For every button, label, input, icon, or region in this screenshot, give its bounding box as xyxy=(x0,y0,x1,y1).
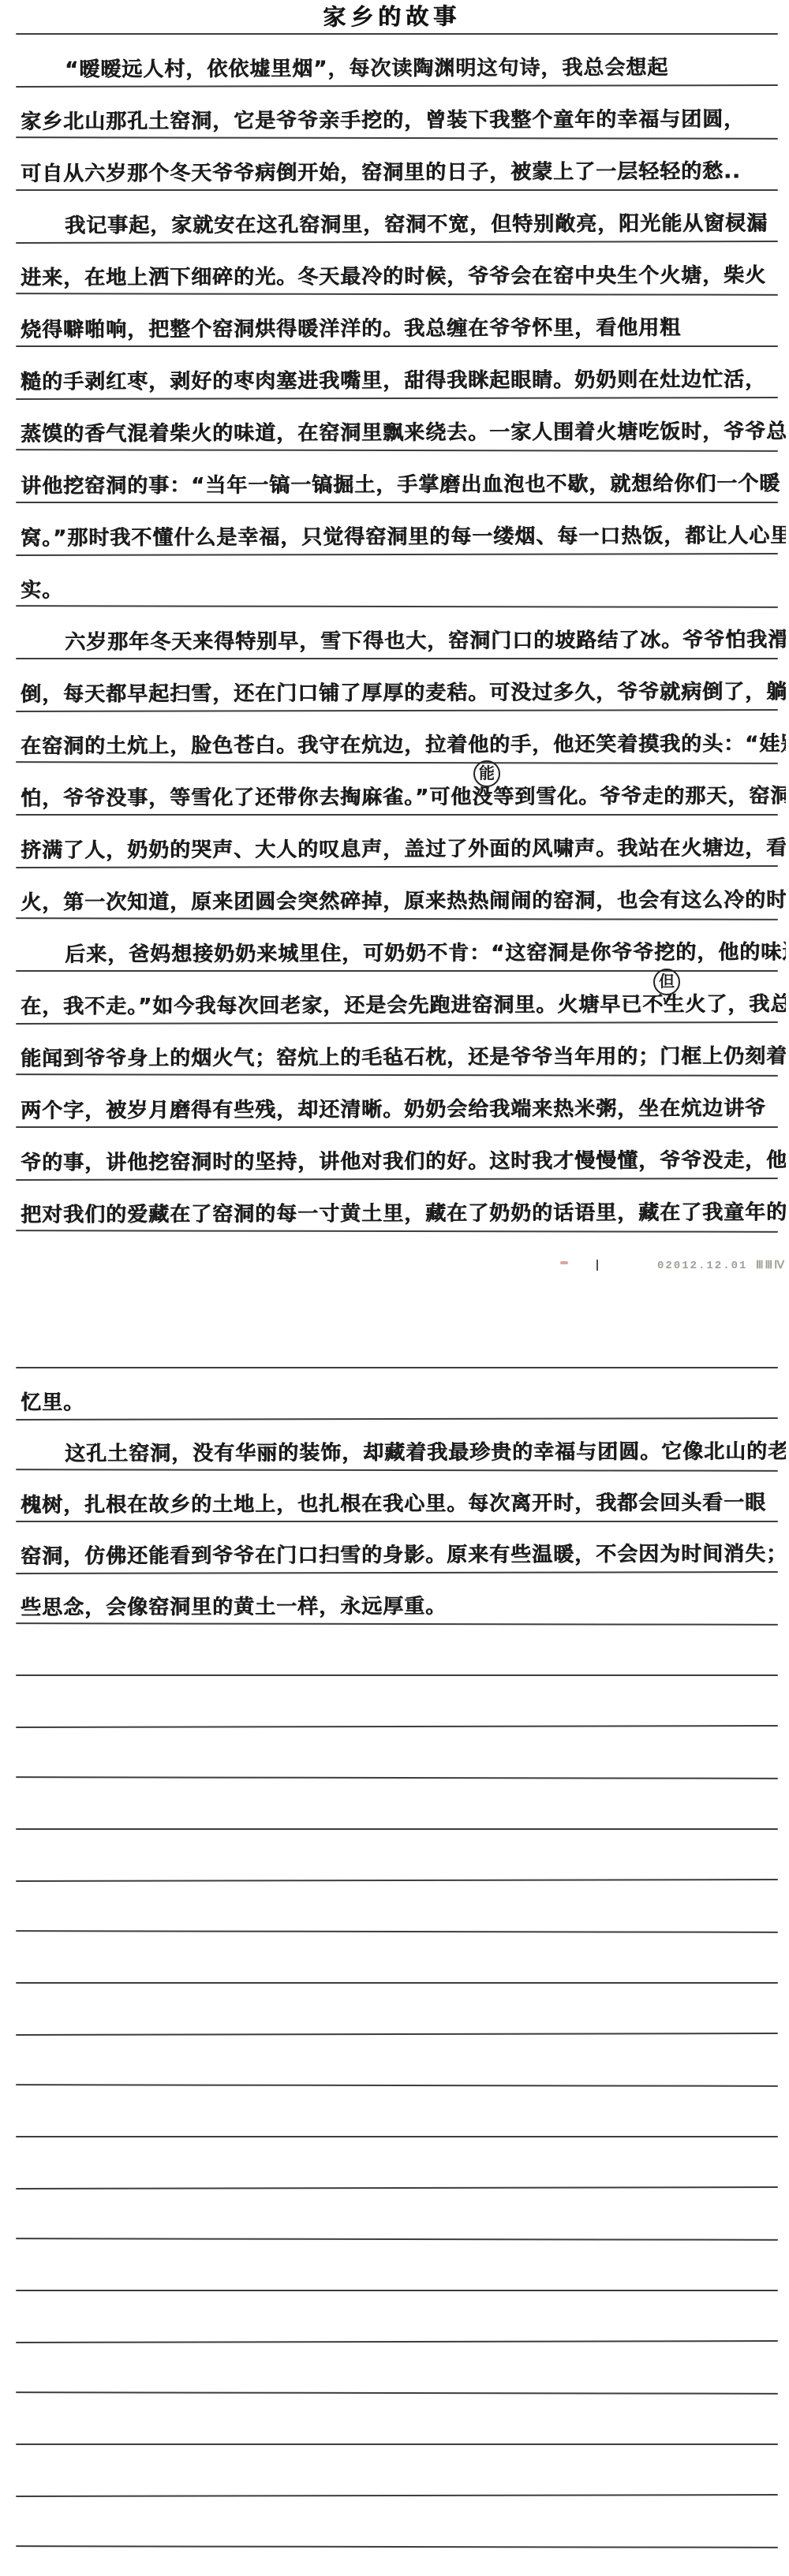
ruled-line xyxy=(16,1674,778,1676)
caret-mark: ∨ xyxy=(480,787,492,800)
ruled-line xyxy=(16,397,778,400)
ruled-line xyxy=(16,814,778,816)
ruled-line xyxy=(16,1571,778,1574)
ruled-line xyxy=(16,1725,778,1728)
ruled-line xyxy=(16,1230,778,1233)
handwritten-line: 忆里。 xyxy=(21,1385,786,1417)
ruled-line xyxy=(16,1178,778,1181)
ruled-line xyxy=(16,2290,778,2291)
handwritten-line: 后来，爸妈想接奶奶来城里住，可奶奶不肯：“这窑洞是你爷爷挖的，他的味道还 xyxy=(65,937,786,969)
handwritten-line: 可自从六岁那个冬天爷爷病倒开始，窑洞里的日子，被蒙上了一层轻轻的愁.. xyxy=(21,156,786,189)
ruled-line xyxy=(16,84,778,88)
ruled-line xyxy=(16,1622,778,1626)
ruled-line xyxy=(16,2494,778,2497)
ruled-line xyxy=(16,605,778,608)
handwritten-line: 怕，爷爷没事，等雪化了还带你去掏麻雀。”可他没等到雪化。爷爷走的那天，窑洞里 xyxy=(21,781,786,813)
ruled-line xyxy=(16,2443,778,2445)
ruled-line xyxy=(16,345,778,347)
ruled-line xyxy=(16,2136,778,2137)
ruled-line xyxy=(16,241,778,244)
handwritten-line: 能闻到爷爷身上的烟火气；窑炕上的毛毡石枕，还是爷爷当年用的；门框上仍刻着“窝居” xyxy=(21,1041,786,1073)
ruled-line xyxy=(16,502,778,503)
ruled-line xyxy=(16,761,778,764)
handwritten-line: 两个字，被岁月磨得有些残，却还清晰。奶奶会给我端来热米粥，坐在炕边讲爷 xyxy=(21,1093,786,1126)
handwritten-line: 实。 xyxy=(21,573,786,605)
handwritten-line: 槐树，扎根在故乡的土地上，也扎根在我心里。每次离开时，我都会回头看一眼 xyxy=(21,1488,786,1520)
ruled-line xyxy=(16,449,778,452)
handwritten-line: 进来，在地上洒下细碎的光。冬天最冷的时候，爷爷会在窑中央生个火塘，柴火 xyxy=(21,260,786,293)
handwritten-line: 窑洞，仿佛还能看到爷爷在门口扫雪的身影。原来有些温暖，不会因为时间消失；有 xyxy=(21,1539,786,1571)
ruled-line xyxy=(16,33,778,35)
ruled-line xyxy=(16,709,778,712)
ruled-line xyxy=(16,1367,778,1368)
handwritten-line: 些思念，会像窑洞里的黄土一样，永远厚重。 xyxy=(21,1590,786,1622)
ruled-line xyxy=(16,136,778,140)
handwritten-line: 家乡北山那孔土窑洞，它是爷爷亲手挖的，曾装下我整个童年的幸福与团圆， xyxy=(21,104,786,136)
handwritten-line: 蒸馍的香气混着柴火的味道，在窑洞里飘来绕去。一家人围着火塘吃饭时，爷爷总爱 xyxy=(21,416,786,449)
ruled-line xyxy=(16,658,778,659)
handwritten-line: 这孔土窑洞，没有华丽的装饰，却藏着我最珍贵的幸福与团圆。它像北山的老 xyxy=(65,1436,786,1469)
ruled-line xyxy=(16,293,778,296)
inserted-character-mark: 能 xyxy=(473,760,500,787)
handwritten-line: 烧得噼啪响，把整个窑洞烘得暖洋洋的。我总缠在爷爷怀里，看他用粗 xyxy=(21,312,786,345)
caret-mark: ∨ xyxy=(660,995,672,1008)
ruled-line xyxy=(16,1417,778,1421)
ruled-line xyxy=(16,2340,778,2343)
handwritten-line: 我记事起，家就安在这孔窑洞里，窑洞不宽，但特别敞亮，阳光能从窗棂漏 xyxy=(65,208,786,241)
notebook-page: 家乡的故事 02012.12.01 ⅢⅢⅣ “暧暧远人村，依依墟里烟”，每次读陶… xyxy=(0,0,789,2576)
ruled-line xyxy=(16,917,778,920)
stray-red-mark xyxy=(560,1261,568,1264)
ruled-line xyxy=(16,1879,778,1882)
ruled-line xyxy=(16,189,778,191)
handwritten-line: 火，第一次知道，原来团圆会突然碎掉，原来热热闹闹的窑洞，也会有这么冷的时候。 xyxy=(21,885,786,917)
handwritten-line: 窝。”那时我不懂什么是幸福，只觉得窑洞里的每一缕烟、每一口热饭，都让人心里踏 xyxy=(21,521,786,553)
handwritten-line: 把对我们的爱藏在了窑洞的每一寸黄土里，藏在了奶奶的话语里，藏在了我童年的记 xyxy=(21,1197,786,1230)
ruled-line xyxy=(16,1930,778,1933)
handwritten-line: 挤满了人，奶奶的哭声、大人的叹息声，盖过了外面的风啸声。我站在火塘边，看着冰冷的… xyxy=(21,833,786,865)
handwritten-line: 讲他挖窑洞的事：“当年一镐一镐掘土，手掌磨出血泡也不歇，就想给你们一个暖 xyxy=(21,469,786,501)
ruled-line xyxy=(16,553,778,556)
ruled-line xyxy=(16,1828,778,1830)
ruled-line xyxy=(16,2391,778,2395)
ruled-line xyxy=(16,1469,778,1472)
handwritten-line: 爷的事，讲他挖窑洞时的坚持，讲他对我们的好。这时我才慢慢懂，爷爷没走，他 xyxy=(21,1145,786,1178)
handwritten-line: “暧暧远人村，依依墟里烟”，每次读陶渊明这句诗，我总会想起 xyxy=(65,52,786,84)
handwritten-line: 糙的手剥红枣，剥好的枣肉塞进我嘴里，甜得我眯起眼睛。奶奶则在灶边忙活， xyxy=(21,364,786,397)
ruled-line xyxy=(16,865,778,868)
handwritten-line: 六岁那年冬天来得特别早，雪下得也大，窑洞门口的坡路结了冰。爷爷怕我滑 xyxy=(65,625,786,657)
handwritten-line: 在窑洞的土炕上，脸色苍白。我守在炕边，拉着他的手，他还笑着摸我的头：“娃别 xyxy=(21,729,786,761)
ruled-line xyxy=(16,2238,778,2241)
ruled-line xyxy=(16,1021,778,1025)
handwritten-line: 倒，每天都早起扫雪，还在门口铺了厚厚的麦秸。可没过多久，爷爷就病倒了，躺 xyxy=(21,677,786,709)
print-stamp: 02012.12.01 ⅢⅢⅣ xyxy=(657,1259,786,1272)
ruled-line xyxy=(16,2084,778,2087)
ruled-line xyxy=(16,1126,778,1128)
ruled-line xyxy=(16,2186,778,2190)
ruled-line xyxy=(16,2545,778,2548)
stamp-tick-mark xyxy=(596,1260,598,1271)
ruled-line xyxy=(16,1982,778,1984)
essay-title: 家乡的故事 xyxy=(323,1,461,32)
ruled-line xyxy=(16,2033,778,2036)
inserted-character-mark: 但 xyxy=(653,969,680,995)
ruled-line xyxy=(16,1073,778,1077)
ruled-line xyxy=(16,1521,778,1522)
ruled-line xyxy=(16,1776,778,1779)
